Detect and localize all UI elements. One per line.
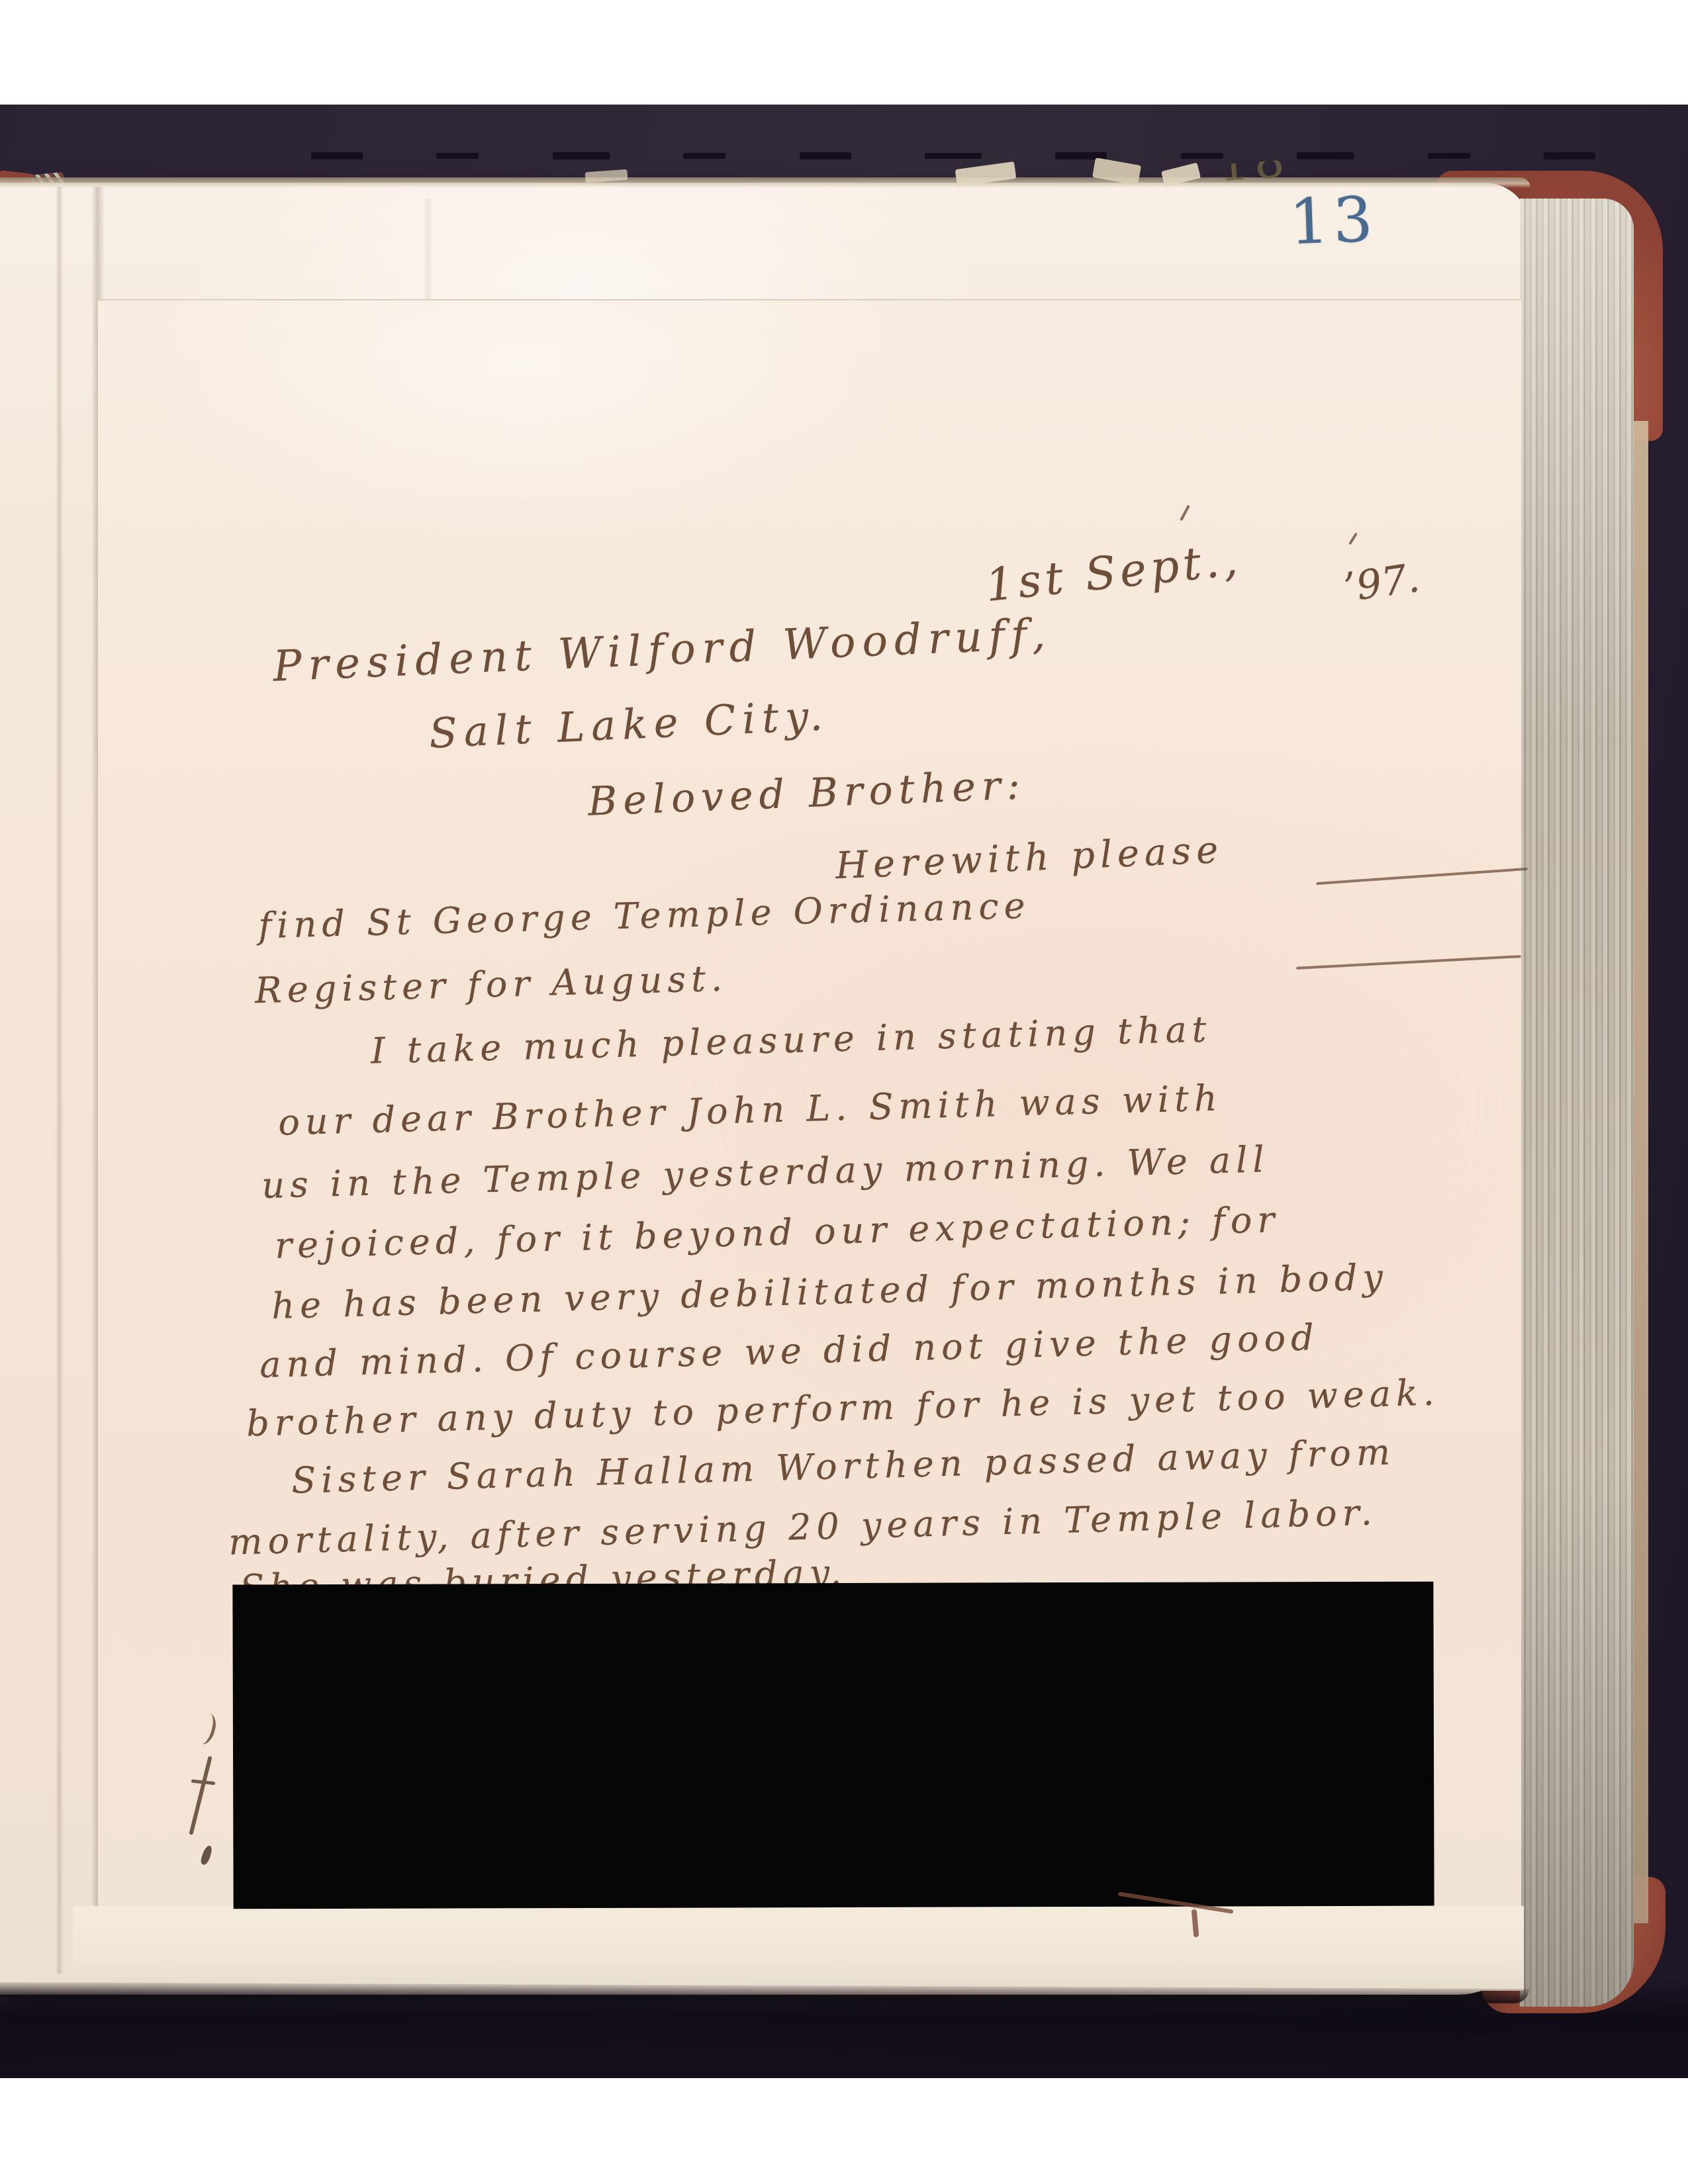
stitch-dash: [800, 152, 851, 159]
page-crease: [56, 187, 64, 1974]
stitch-dash: [925, 153, 982, 159]
redaction-box: [232, 1582, 1434, 1909]
stitch-dash: [683, 153, 726, 159]
page-bottom-margin: [73, 1906, 1524, 1991]
stitch-dash: [1181, 153, 1223, 159]
stitch-dash: [1428, 153, 1470, 159]
stitch-dash-row: [311, 151, 1595, 160]
stitch-dash: [436, 153, 479, 159]
stitch-dash: [1544, 152, 1595, 159]
stitch-dash: [311, 152, 363, 159]
page-stack-edge: [1520, 199, 1634, 2007]
page-number-stamp: 13: [1288, 189, 1378, 255]
stitch-dash: [553, 152, 610, 159]
scanned-letterbook-page: 18 13 1st Sept., ’97. President Wilford …: [0, 0, 1688, 2184]
stitch-dash: [1297, 152, 1354, 159]
